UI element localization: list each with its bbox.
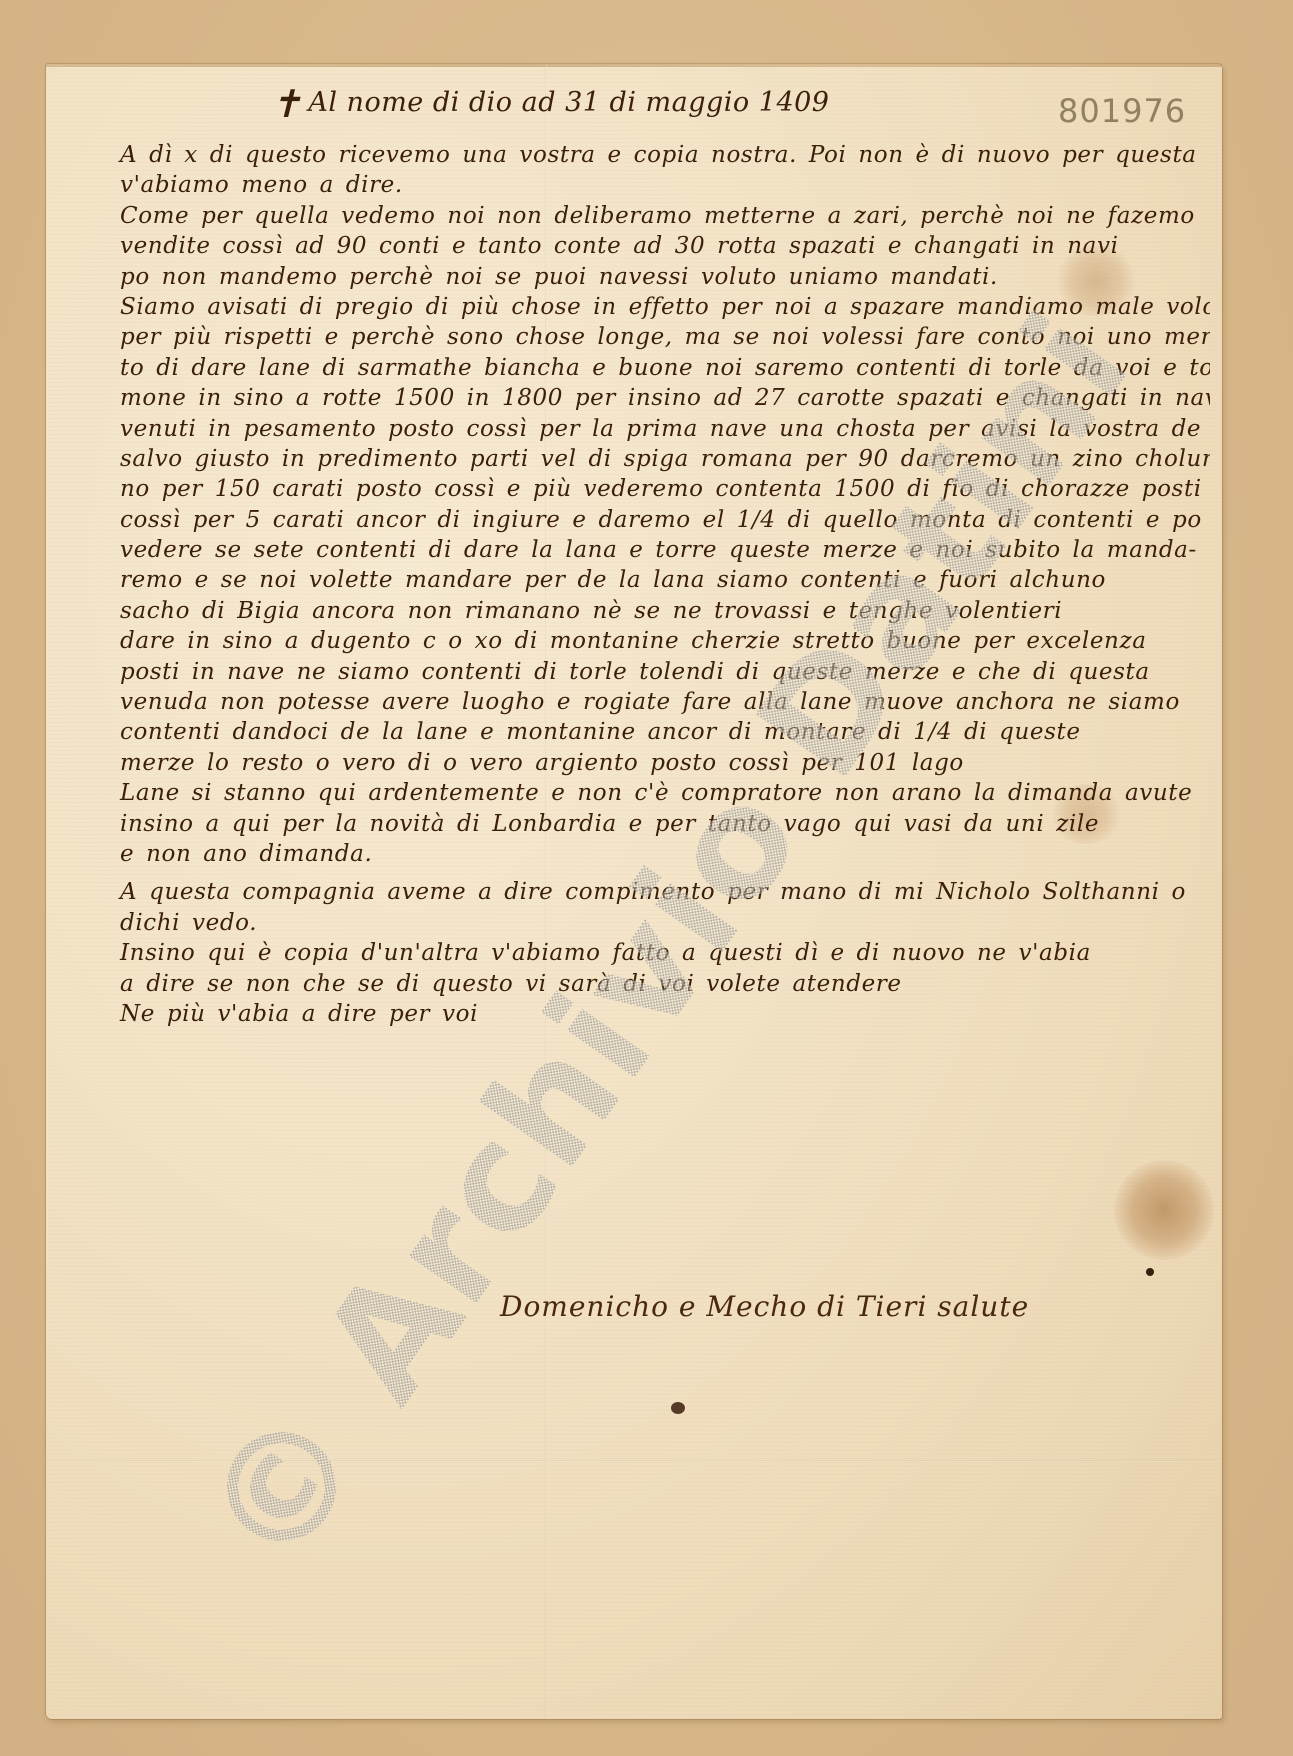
heading-text: Al nome di dio ad 31 di maggio 1409 bbox=[308, 87, 829, 118]
manuscript-line: remo e se noi volette mandare per de la … bbox=[100, 565, 1210, 595]
manuscript-line: v'abiamo meno a dire. bbox=[100, 170, 1210, 200]
manuscript-line: e non ano dimanda. bbox=[100, 839, 1210, 869]
ink-blot bbox=[671, 1402, 685, 1414]
manuscript-line: A dì x di questo ricevemo una vostra e c… bbox=[100, 140, 1210, 170]
manuscript-line: merze lo resto o vero di o vero argiento… bbox=[100, 748, 1210, 778]
manuscript-line: no per 150 carati posto cossì e più vede… bbox=[100, 474, 1210, 504]
water-stain bbox=[1114, 1160, 1214, 1260]
manuscript-line: mone in sino a rotte 1500 in 1800 per in… bbox=[100, 383, 1210, 413]
archive-number: 801976 bbox=[1058, 92, 1186, 130]
letter-body: A dì x di questo ricevemo una vostra e c… bbox=[100, 140, 1210, 1029]
manuscript-line: Lane si stanno qui ardentemente e non c'… bbox=[100, 778, 1210, 808]
manuscript-line: Siamo avisati di pregio di più chose in … bbox=[100, 292, 1210, 322]
horizontal-fold-line bbox=[46, 1460, 1222, 1462]
manuscript-line: Come per quella vedemo noi non deliberam… bbox=[100, 201, 1210, 231]
manuscript-line: po non mandemo perchè noi se puoi navess… bbox=[100, 262, 1210, 292]
manuscript-line: Ne più v'abia a dire per voi bbox=[100, 999, 1210, 1029]
manuscript-line: contenti dandoci de la lane e montanine … bbox=[100, 717, 1210, 747]
manuscript-line: Insino qui è copia d'un'altra v'abiamo f… bbox=[100, 938, 1210, 968]
ink-blot bbox=[1146, 1268, 1154, 1276]
letter-signature: Domenicho e Mecho di Tieri salute bbox=[500, 1290, 1029, 1323]
manuscript-line: dare in sino a dugento c o xo di montani… bbox=[100, 626, 1210, 656]
cross-icon: ✝ bbox=[270, 82, 302, 126]
manuscript-line: to di dare lane di sarmathe biancha e bu… bbox=[100, 353, 1210, 383]
manuscript-line: venuti in pesamento posto cossì per la p… bbox=[100, 414, 1210, 444]
manuscript-line: A questa compagnia aveme a dire compimen… bbox=[100, 877, 1210, 907]
manuscript-line: dichi vedo. bbox=[100, 908, 1210, 938]
manuscript-line: salvo giusto in predimento parti vel di … bbox=[100, 444, 1210, 474]
manuscript-line: cossì per 5 carati ancor di ingiure e da… bbox=[100, 505, 1210, 535]
letter-heading: ✝Al nome di dio ad 31 di maggio 1409 bbox=[270, 82, 829, 126]
manuscript-line: vedere se sete contenti di dare la lana … bbox=[100, 535, 1210, 565]
manuscript-line: insino a qui per la novità di Lonbardia … bbox=[100, 809, 1210, 839]
manuscript-line: sacho di Bigia ancora non rimanano nè se… bbox=[100, 596, 1210, 626]
manuscript-line: per più rispetti e perchè sono chose lon… bbox=[100, 322, 1210, 352]
manuscript-line: venuda non potesse avere luogho e rogiat… bbox=[100, 687, 1210, 717]
manuscript-line: vendite cossì ad 90 conti e tanto conte … bbox=[100, 231, 1210, 261]
manuscript-line: a dire se non che se di questo vi sarà d… bbox=[100, 969, 1210, 999]
manuscript-line: posti in nave ne siamo contenti di torle… bbox=[100, 657, 1210, 687]
